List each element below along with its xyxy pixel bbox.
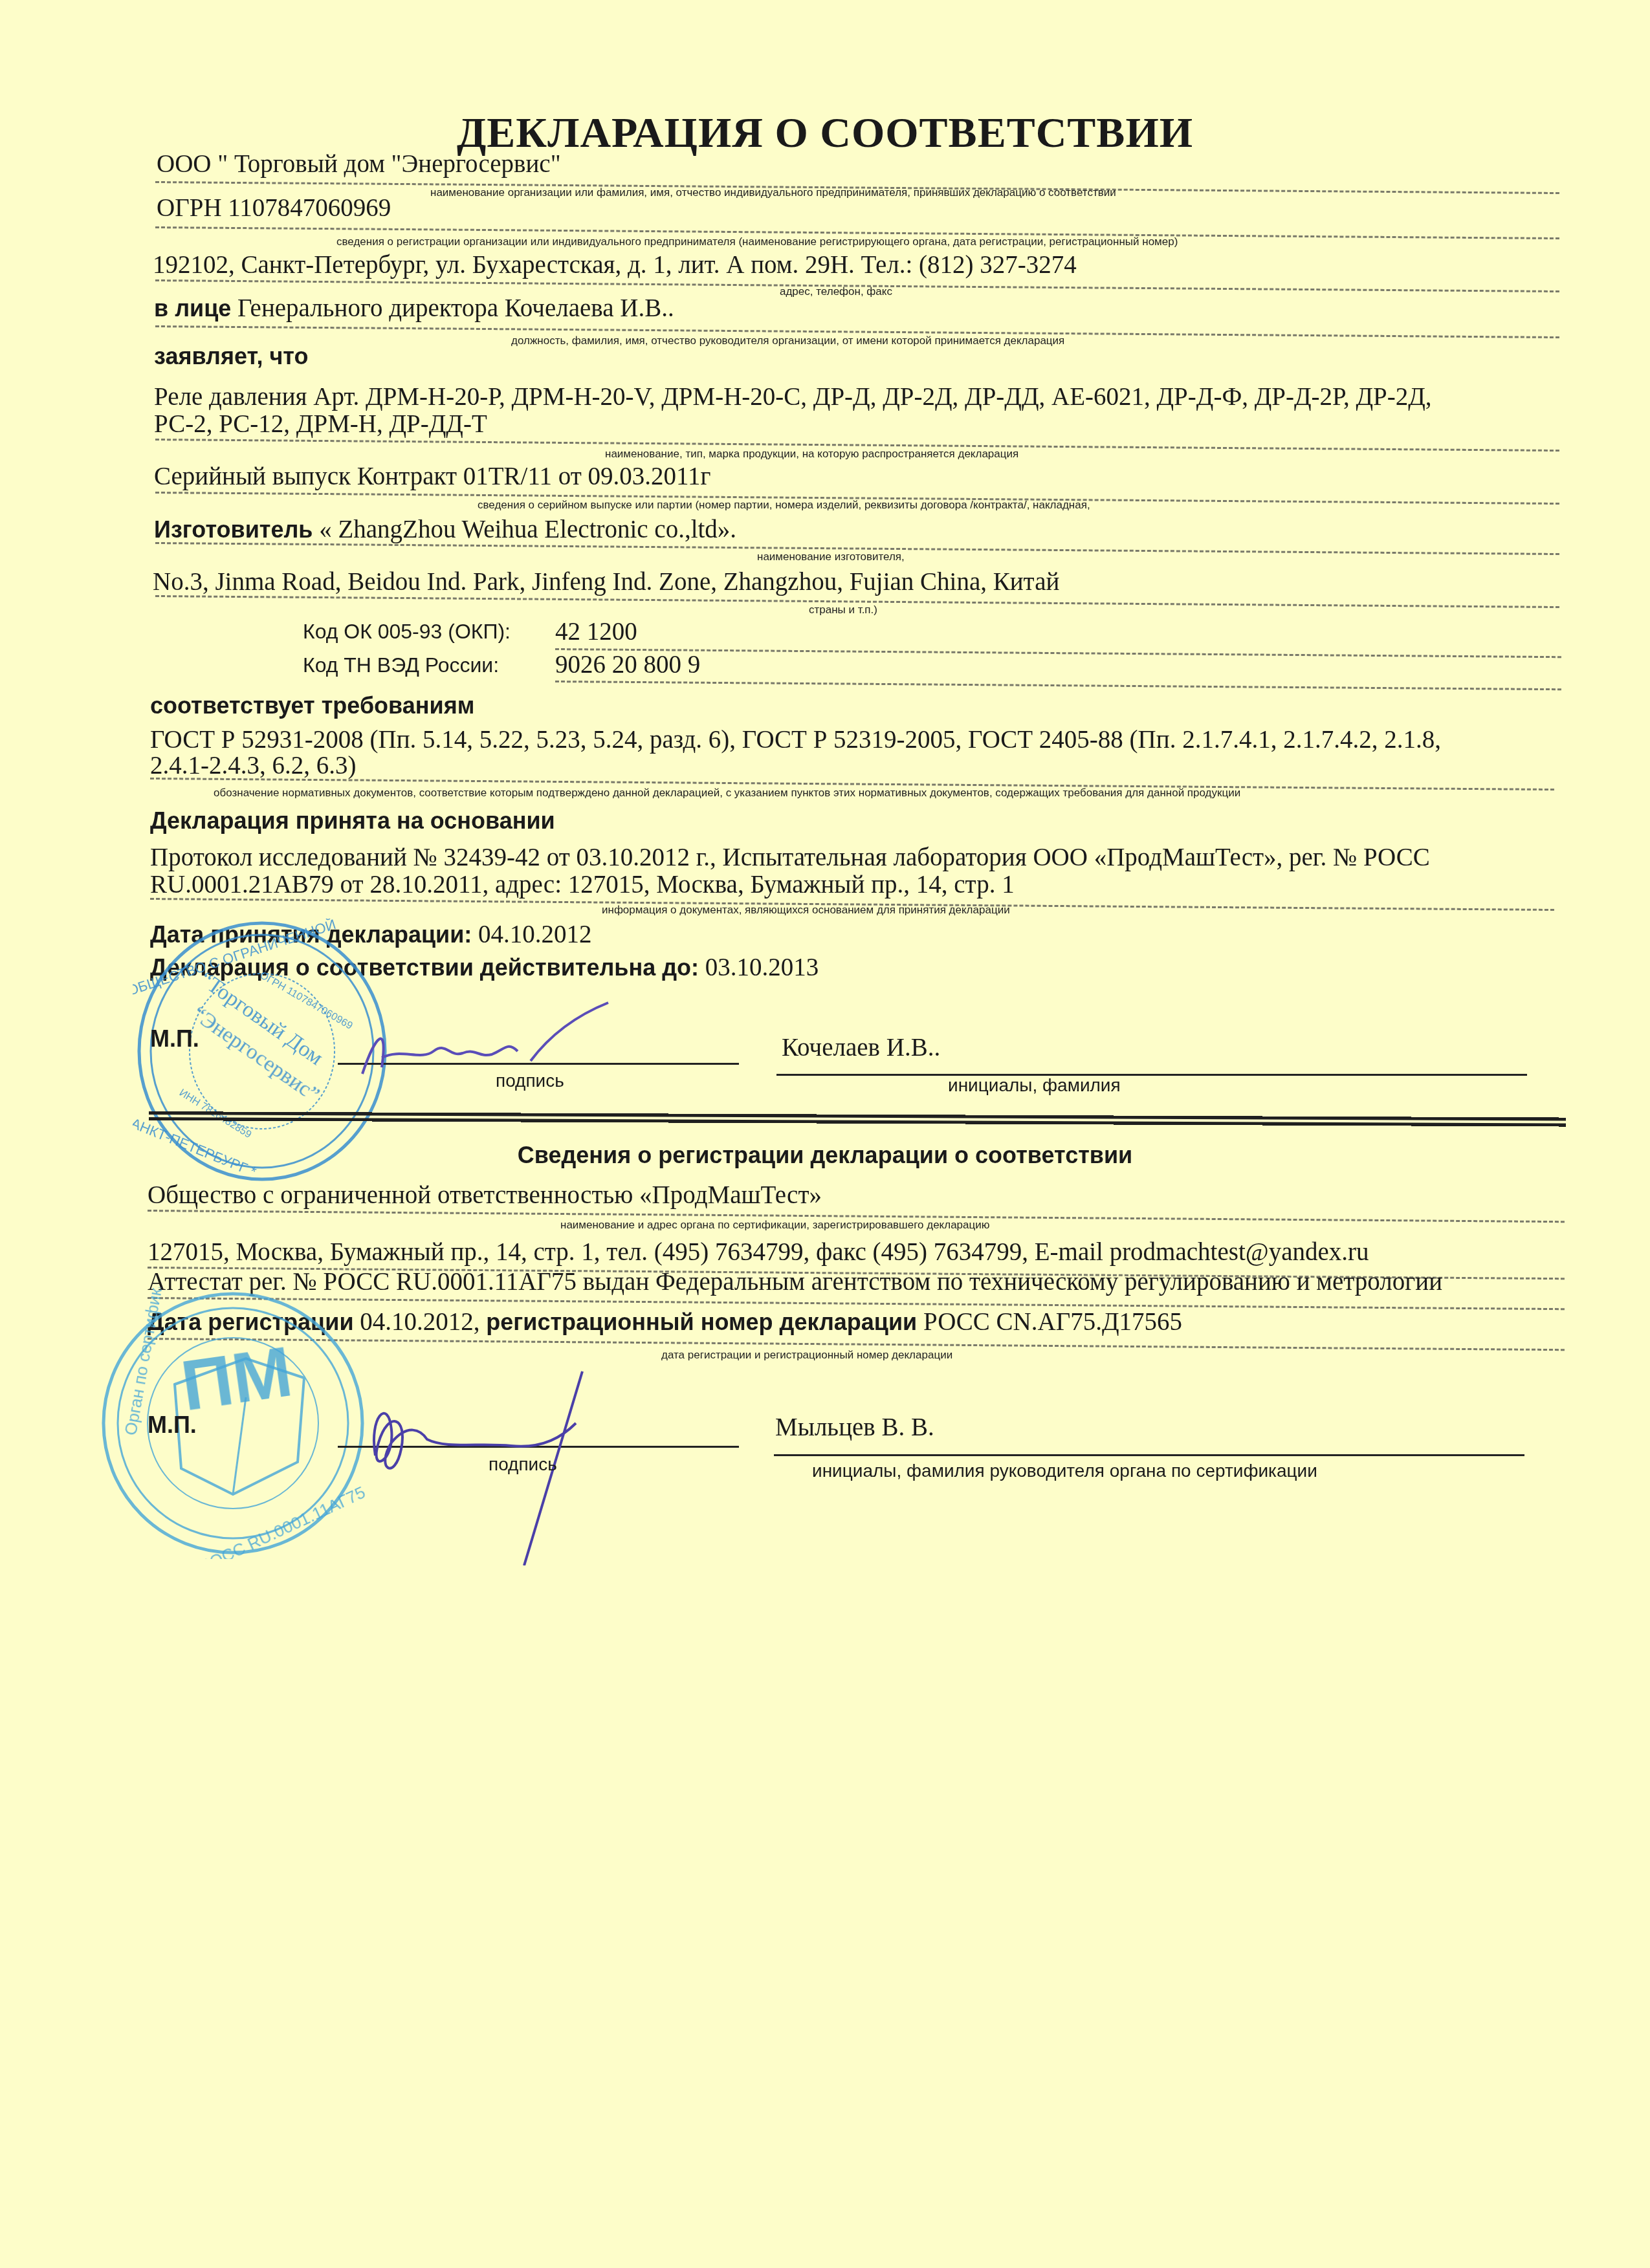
registration-heading: Сведения о регистрации декларации о соот…	[0, 1142, 1650, 1169]
caption-declarant-name: наименование организации или фамилия, им…	[430, 186, 1116, 199]
dash-divider	[555, 648, 1561, 658]
basis-line-1: Протокол исследований № 32439-42 от 03.1…	[150, 844, 1430, 872]
okp-value: 42 1200	[555, 618, 637, 646]
basis-label: Декларация принята на основании	[150, 807, 555, 834]
signature-caption-2: подпись	[489, 1454, 557, 1475]
represented-by: в лице Генерального директора Кочелаева …	[154, 294, 674, 323]
caption-product: наименование, тип, марка продукции, на к…	[605, 448, 1018, 461]
signature-myltsev-icon	[330, 1320, 692, 1565]
serial-info: Серийный выпуск Контракт 01TR/11 от 09.0…	[154, 463, 711, 491]
name-caption-2: инициалы, фамилия руководителя органа по…	[812, 1461, 1317, 1481]
name-line-1	[776, 1074, 1527, 1076]
declares-label: заявляет, что	[154, 343, 309, 370]
accepted-date-value: 04.10.2012	[478, 921, 592, 948]
compliance-label: соответствует требованиям	[150, 692, 474, 719]
declarant-ogrn: ОГРН 1107847060969	[157, 194, 391, 223]
name-line-2	[774, 1454, 1524, 1456]
represented-value: Генерального директора Кочелаева И.В..	[237, 294, 674, 322]
mp-label-1: М.П.	[150, 1025, 199, 1052]
caption-basis: информация о документах, являющихся осно…	[602, 904, 1010, 917]
caption-serial: сведения о серийном выпуске или партии (…	[478, 499, 1090, 512]
manufacturer: Изготовитель « ZhangZhou Weihua Electron…	[154, 516, 736, 544]
tnved-value: 9026 20 800 9	[555, 651, 700, 679]
product-line-2: РС-2, РС-12, ДРМ-Н, ДР-ДД-Т	[154, 410, 487, 439]
manufacturer-value: « ZhangZhou Weihua Electronic co.,ltd».	[319, 516, 736, 543]
compliance-line-1: ГОСТ Р 52931-2008 (Пп. 5.14, 5.22, 5.23,…	[150, 726, 1441, 754]
caption-registration: дата регистрации и регистрационный номер…	[661, 1349, 952, 1362]
caption-represented: должность, фамилия, имя, отчество руково…	[511, 334, 1064, 347]
registration-number-value: РОСС CN.АГ75.Д17565	[923, 1308, 1182, 1336]
tnved-label: Код ТН ВЭД России:	[303, 653, 499, 677]
declarant-name: ООО " Торговый дом "Энергосервис"	[157, 150, 561, 179]
name-caption-1: инициалы, фамилия	[948, 1075, 1121, 1096]
declarant-address: 192102, Санкт-Петербург, ул. Бухарестска…	[153, 251, 1077, 279]
dash-divider	[555, 681, 1561, 690]
okp-label: Код ОК 005-93 (ОКП):	[303, 620, 511, 644]
signature-caption-1: подпись	[496, 1071, 564, 1091]
compliance-line-2: 2.4.1-2.4.3, 6.2, 6.3)	[150, 752, 356, 780]
represented-label: в лице	[154, 295, 231, 322]
caption-manufacturer: наименование изготовителя,	[757, 551, 905, 563]
caption-address: адрес, телефон, факс	[780, 285, 892, 298]
product-line-1: Реле давления Арт. ДРМ-Н-20-Р, ДРМ-Н-20-…	[154, 383, 1432, 411]
manufacturer-label: Изготовитель	[154, 516, 313, 543]
caption-ogrn: сведения о регистрации организации или и…	[336, 235, 1178, 248]
cert-body-contact: 127015, Москва, Бумажный пр., 14, стр. 1…	[148, 1238, 1369, 1267]
basis-line-2: RU.0001.21АВ79 от 28.10.2011, адрес: 127…	[150, 871, 1015, 899]
signatory-name-2: Мыльцев В. В.	[775, 1413, 934, 1442]
mp-label-2: М.П.	[148, 1412, 197, 1439]
signatory-name-1: Кочелаев И.В..	[782, 1034, 940, 1062]
valid-until-value: 03.10.2013	[705, 954, 819, 981]
cert-body-name: Общество с ограниченной ответственностью…	[148, 1181, 822, 1210]
caption-compliance: обозначение нормативных документов, соот…	[214, 787, 1240, 800]
stamp-prodmashtest-icon: ПМ Орган по сертификации РОСС RU.0001.11…	[97, 1287, 369, 1559]
caption-country: страны и т.п.)	[809, 604, 877, 616]
manufacturer-address: No.3, Jinma Road, Beidou Ind. Park, Jinf…	[153, 568, 1059, 596]
caption-cert-body: наименование и адрес органа по сертифика…	[560, 1219, 989, 1232]
